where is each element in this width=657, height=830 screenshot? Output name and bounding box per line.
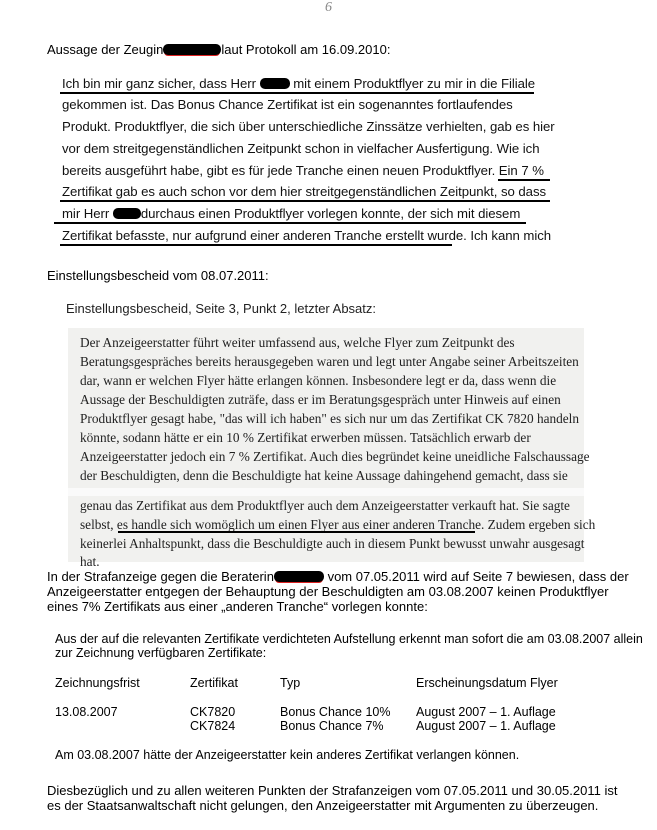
complaint-paragraph-line: Anzeigeerstatter entgegen der Behauptung… xyxy=(47,584,609,599)
table-header: Erscheinungsdatum Flyer xyxy=(416,676,558,690)
quote-line: Produkt. Produktflyer, die sich über unt… xyxy=(62,119,555,134)
table-header: Zeichnungsfrist xyxy=(55,676,140,690)
redacted-name xyxy=(163,44,221,55)
table-cell: Bonus Chance 7% xyxy=(280,719,384,733)
table-intro: Aus der auf die relevanten Zertifikate v… xyxy=(55,632,643,647)
dismissal-quote-scan: Der Anzeigeerstatter führt weiter umfass… xyxy=(68,328,584,562)
quote-line: mir Herr durchaus einen Produktflyer vor… xyxy=(62,206,520,221)
quote-line: könnte, sodann hätte er ein 10 % Zertifi… xyxy=(80,430,531,446)
quote-line: Ich bin mir ganz sicher, dass Herr mit e… xyxy=(62,76,535,91)
witness-statement-heading: Aussage der Zeuginlaut Protokoll am 16.0… xyxy=(47,42,390,57)
quote-line: bereits ausgeführt habe, gibt es für jed… xyxy=(62,163,544,178)
table-intro: zur Zeichnung verfügbaren Zertifikate: xyxy=(55,646,266,661)
table-cell: August 2007 – 1. Auflage xyxy=(416,705,556,719)
quote-line: Aussage der Beschuldigten zuträfe, dass … xyxy=(80,392,561,408)
redacted-name xyxy=(274,571,324,582)
quote-line: Zertifikat befasste, nur aufgrund einer … xyxy=(62,228,551,243)
table-cell: CK7820 xyxy=(190,705,235,719)
heading-suffix: laut Protokoll am 16.09.2010: xyxy=(221,42,390,57)
quote-line: genau das Zertifikat aus dem Produktflye… xyxy=(80,498,570,514)
redacted-name xyxy=(260,78,290,89)
table-cell: August 2007 – 1. Auflage xyxy=(416,719,556,733)
table-cell: 13.08.2007 xyxy=(55,705,118,719)
heading-prefix: Aussage der Zeugin xyxy=(47,42,163,57)
quote-line: gekommen ist. Das Bonus Chance Zertifika… xyxy=(62,97,513,112)
dismissal-subheading: Einstellungsbescheid, Seite 3, Punkt 2, … xyxy=(66,301,376,316)
quote-line: hat. xyxy=(80,554,100,570)
table-header: Zertifikat xyxy=(190,676,238,690)
quote-line: vor dem streitgegenständlichen Zeitpunkt… xyxy=(62,141,540,156)
complaint-paragraph-line: eines 7% Zertifikats aus einer „anderen … xyxy=(47,599,428,614)
quote-line: keinerlei Anhaltspunkt, dass die Beschul… xyxy=(80,536,584,552)
table-conclusion: Am 03.08.2007 hätte der Anzeigeerstatter… xyxy=(55,748,519,763)
quote-line: Anzeigeerstatter jedoch ein 7 % Zertifik… xyxy=(80,449,590,465)
dismissal-heading: Einstellungsbescheid vom 08.07.2011: xyxy=(47,268,269,283)
redacted-name xyxy=(113,208,141,219)
table-cell: Bonus Chance 10% xyxy=(280,705,391,719)
quote-line: Zertifikat gab es auch schon vor dem hie… xyxy=(62,184,546,199)
complaint-paragraph-line: In der Strafanzeige gegen die Beraterin … xyxy=(47,569,629,584)
quote-line: Beratungsgespräches bereits herausgegebe… xyxy=(80,354,579,370)
quote-line: Der Anzeigeerstatter führt weiter umfass… xyxy=(80,335,515,351)
table-cell: CK7824 xyxy=(190,719,235,733)
closing-paragraph-line: es der Staatsanwaltschaft nicht gelungen… xyxy=(47,798,598,813)
quote-line: dar, wann er welchen Flyer hätte erlange… xyxy=(80,373,556,389)
table-header: Typ xyxy=(280,676,300,690)
quote-line: Produktflyer gesagt habe, "das will ich … xyxy=(80,411,579,427)
page-number: 6 xyxy=(0,0,657,16)
closing-paragraph-line: Diesbezüglich und zu allen weiteren Punk… xyxy=(47,783,617,798)
quote-line: der Beschuldigten, denn die Beschuldigte… xyxy=(80,468,568,484)
